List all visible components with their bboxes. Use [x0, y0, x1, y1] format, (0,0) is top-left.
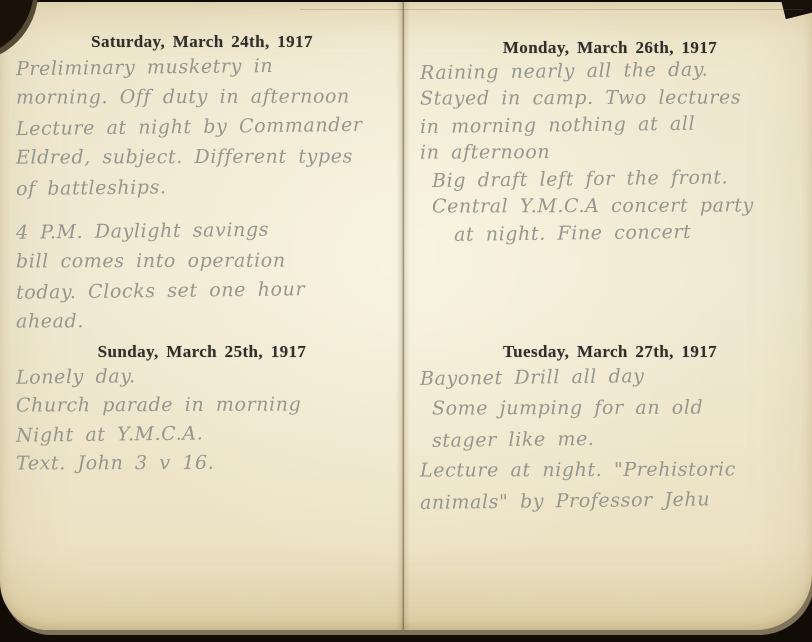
handwritten-line: Some jumping for an old [432, 392, 736, 424]
handwritten-line: Eldred, subject. Different types [16, 141, 363, 172]
entry-sunday-paragraph: Lonely day. Church parade in morning Nig… [16, 362, 301, 478]
left-page: Saturday, March 24th, 1917 Preliminary m… [4, 2, 400, 630]
entry-monday-paragraph: Raining nearly all the day. Stayed in ca… [420, 58, 754, 247]
entry-saturday-paragraph-1: Preliminary musketry in morning. Off dut… [16, 52, 363, 202]
handwritten-line: Preliminary musketry in [16, 50, 363, 84]
diary-spread-paper: Saturday, March 24th, 1917 Preliminary m… [0, 2, 812, 630]
handwritten-line: Stayed in camp. Two lectures [420, 84, 754, 112]
handwritten-line: today. Clocks set one hour [16, 274, 305, 308]
handwritten-line: ahead. [16, 305, 305, 336]
entry-tuesday-paragraph: Bayonet Drill all day Some jumping for a… [420, 362, 736, 517]
handwritten-line: animals" by Professor Jehu [420, 484, 736, 519]
date-header-saturday: Saturday, March 24th, 1917 [4, 32, 400, 52]
handwritten-line: at night. Fine concert [454, 218, 754, 249]
page-gutter-line [403, 2, 404, 630]
handwritten-line: Text. John 3 v 16. [16, 449, 301, 479]
handwritten-line: stager like me. [432, 422, 736, 457]
date-header-tuesday: Tuesday, March 27th, 1917 [412, 342, 808, 362]
handwritten-line: Bayonet Drill all day [420, 360, 736, 395]
handwritten-line: of battleships. [16, 170, 363, 204]
handwritten-line: bill comes into operation [16, 245, 305, 276]
date-header-monday: Monday, March 26th, 1917 [412, 38, 808, 58]
right-page: Monday, March 26th, 1917 Raining nearly … [412, 2, 808, 630]
handwritten-line: Raining nearly all the day. [420, 56, 754, 87]
handwritten-line: 4 P.M. Daylight savings [16, 214, 305, 248]
handwritten-line: in afternoon [420, 138, 754, 166]
handwritten-line: Night at Y.M.C.A. [16, 418, 302, 450]
entry-saturday-paragraph-2: 4 P.M. Daylight savings bill comes into … [16, 216, 305, 336]
handwritten-line: Big draft left for the front. [432, 164, 754, 195]
handwritten-line: Lecture at night by Commander [16, 110, 363, 144]
diary-scan: Saturday, March 24th, 1917 Preliminary m… [0, 0, 812, 642]
handwritten-line: Lonely day. [16, 360, 302, 392]
handwritten-line: Church parade in morning [16, 391, 301, 421]
handwritten-line: in morning nothing at all [420, 110, 754, 141]
handwritten-line: morning. Off duty in afternoon [16, 81, 363, 112]
handwritten-line: Lecture at night. "Prehistoric [420, 454, 736, 486]
handwritten-line: Central Y.M.C.A concert party [432, 192, 754, 220]
date-header-sunday: Sunday, March 25th, 1917 [4, 342, 400, 362]
